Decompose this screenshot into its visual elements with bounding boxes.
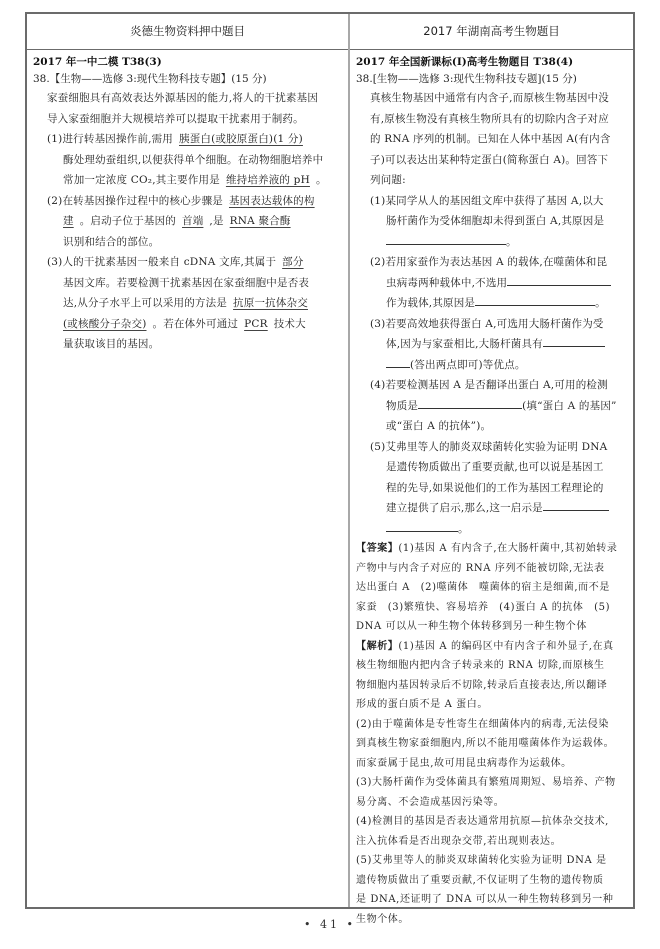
comparison-table: 炎德生物资料押中题目 2017 年湖南高考生物题目 2017 年一中二模 T38… [25, 12, 635, 909]
left-question-head: 38.【生物——选修 3:现代生物科技专题】(15 分) [33, 70, 342, 88]
right-source-label: 2017 年全国新课标(Ⅰ)高考生物题目 T38(4) [356, 54, 627, 70]
left-q3-line: (3)人的干扰素基因一般来自 cDNA 文库,其属于部分 [33, 252, 342, 273]
text: 。若在体外可通过 [153, 318, 239, 330]
right-stem-line: 的 RNA 序列的机制。已知在人体中基因 A(有内含 [356, 129, 627, 150]
answer-line: 【答案】(1)基因 A 有内含子,在大肠杆菌中,其初始转录 [356, 539, 627, 559]
analysis-line: 形成的蛋白质不是 A 蛋白。 [356, 695, 627, 715]
left-q3-line: 基因文库。若要检测干扰素基因在家蚕细胞中是否表 [33, 273, 342, 294]
right-q5-line: 程的先导,如果说他们的工作为基因工程理论的 [356, 478, 627, 499]
answer-line: 家蚕 (3)繁殖快、容易培养 (4)蛋白 A 的抗体 (5) [356, 598, 627, 618]
right-q3-line: (3)若要高效地获得蛋白 A,可选用大肠杆菌作为受 [356, 314, 627, 335]
analysis-block: 【解析】(1)基因 A 的编码区中有内含子和外显子,在真 核生物细胞内把内含子转… [356, 637, 627, 930]
right-q2-line: 作为载体,其原因是。 [356, 293, 627, 314]
header-left-title: 炎德生物资料押中题目 [27, 14, 348, 48]
answer-blank [507, 273, 611, 286]
answer-fill: RNA 聚合酶 [224, 215, 297, 227]
right-q3-line: 体,因为与家蚕相比,大肠杆菌具有 [356, 334, 627, 355]
text: ,是 [209, 215, 223, 227]
left-stem-line: 导入家蚕细胞并大规模培养可以提取干扰素用于制药。 [33, 109, 342, 130]
right-question-head: 38.[生物——选修 3:现代生物科技专题](15 分) [356, 70, 627, 88]
answer-fill: (或核酸分子杂交) [63, 318, 153, 330]
text: (1)基因 A 有内含子,在大肠杆菌中,其初始转录 [398, 543, 617, 554]
right-q1-line: 肠杆菌作为受体细胞却未得到蛋白 A,其原因是 [356, 211, 627, 232]
analysis-line: 【解析】(1)基因 A 的编码区中有内含子和外显子,在真 [356, 637, 627, 657]
page-number: • 41 • [0, 918, 660, 931]
answer-block: 【答案】(1)基因 A 有内含子,在大肠杆菌中,其初始转录 产物中与内含子对应的… [356, 539, 627, 637]
right-q2-line: (2)若用家蚕作为表达基因 A 的载体,在噬菌体和昆 [356, 252, 627, 273]
analysis-line: 到真核生物家蚕细胞内,所以不能用噬菌体作为运载体。 [356, 734, 627, 754]
analysis-line: 物细胞内基因转录后不切除,转录后直接表达,所以翻译 [356, 676, 627, 696]
text: 体,因为与家蚕相比,大肠杆菌具有 [386, 338, 543, 350]
text: 物质是 [386, 400, 418, 412]
answer-fill: 建 [63, 215, 80, 227]
text: (填“蛋白 A 的基因” [522, 400, 617, 412]
answer-fill: 维持培养液的 pH [220, 174, 316, 186]
answer-fill: PCR [238, 318, 274, 330]
answer-blank [543, 498, 609, 511]
answer-line: DNA 可以从一种生物个体转移到另一种生物个体 [356, 617, 627, 637]
analysis-line: 注入抗体看是否出现杂交带,若出现则表达。 [356, 832, 627, 852]
header-right-title: 2017 年湖南高考生物题目 [350, 14, 633, 48]
text: 。 [316, 174, 327, 186]
answer-blank [386, 355, 410, 368]
analysis-line: (5)艾弗里等人的肺炎双球菌转化实验为证明 DNA 是 [356, 851, 627, 871]
text: 常加一定浓度 CO₂,其主要作用是 [63, 174, 220, 186]
left-source-label: 2017 年一中二模 T38(3) [33, 54, 342, 70]
table-header-row: 炎德生物资料押中题目 2017 年湖南高考生物题目 [27, 14, 633, 50]
analysis-line: 核生物细胞内把内含子转录来的 RNA 切除,而原核生 [356, 656, 627, 676]
right-q5-line: 是遗传物质做出了重要贡献,也可以说是基因工 [356, 457, 627, 478]
right-column: 2017 年全国新课标(Ⅰ)高考生物题目 T38(4) 38.[生物——选修 3… [350, 50, 633, 907]
left-q3-line: 达,从分子水平上可以采用的方法是抗原一抗体杂交 [33, 293, 342, 314]
analysis-line: (3)大肠杆菌作为受体菌具有繁殖周期短、易培养、产物 [356, 773, 627, 793]
left-stem-line: 家蚕细胞具有高效表达外源基因的能力,将人的干扰素基因 [33, 88, 342, 109]
answer-line: 产物中与内含子对应的 RNA 序列不能被切除,无法表 [356, 559, 627, 579]
left-q1-line: 酶处理幼蚕组织,以便获得单个细胞。在动物细胞培养中 [33, 150, 342, 171]
analysis-line: (4)检测目的基因是否表达通常用抗原—抗体杂交技术, [356, 812, 627, 832]
analysis-line: 遗传物质做出了重要贡献,不仅证明了生物的遗传物质 [356, 871, 627, 891]
answer-blank [386, 519, 458, 532]
left-column: 2017 年一中二模 T38(3) 38.【生物——选修 3:现代生物科技专题】… [27, 50, 348, 907]
right-q1-line: (1)某同学从人的基因组文库中获得了基因 A,以大 [356, 191, 627, 212]
analysis-line: 易分离、不会造成基因污染等。 [356, 793, 627, 813]
right-q3-line: (答出两点即可)等优点。 [356, 355, 627, 376]
left-q1-line: (1)进行转基因操作前,需用胰蛋白(或胶原蛋白)(1 分) [33, 129, 342, 150]
left-q2-line: (2)在转基因操作过程中的核心步骤是基因表达载体的构 [33, 191, 342, 212]
left-q3-line: 量获取该目的基因。 [33, 334, 342, 355]
text: 作为载体,其原因是 [386, 297, 475, 309]
right-stem-line: 子)可以表达出某种特定蛋白(简称蛋白 A)。回答下 [356, 150, 627, 171]
text: 。 [595, 297, 606, 309]
right-stem-line: 有,原核生物没有真核生物所具有的切除内含子对应 [356, 109, 627, 130]
left-q2-line: 识别和结合的部位。 [33, 232, 342, 253]
analysis-line: 而家蚕属于昆虫,故可用昆虫病毒作为运载体。 [356, 754, 627, 774]
answer-tag: 【答案】 [356, 543, 398, 554]
text: 虫病毒两种载体中,不选用 [386, 277, 507, 289]
right-stem-line: 列问题: [356, 170, 627, 191]
text: 。 [506, 236, 517, 248]
answer-fill: 抗原一抗体杂交 [227, 297, 314, 309]
right-q5-line: 建立提供了启示,那么,这一启示是 [356, 498, 627, 519]
text: (答出两点即可)等优点。 [410, 359, 526, 371]
text: 达,从分子水平上可以采用的方法是 [63, 297, 227, 309]
left-q1-line: 常加一定浓度 CO₂,其主要作用是维持培养液的 pH。 [33, 170, 342, 191]
right-q1-line: 。 [356, 232, 627, 253]
text: 。启动子位于基因的 [80, 215, 176, 227]
answer-fill: 部分 [276, 256, 309, 268]
right-q4-line: 物质是(填“蛋白 A 的基因” [356, 396, 627, 417]
text: (2)在转基因操作过程中的核心步骤是 [47, 195, 223, 207]
right-q4-line: (4)若要检测基因 A 是否翻译出蛋白 A,可用的检测 [356, 375, 627, 396]
text: 建立提供了启示,那么,这一启示是 [386, 502, 543, 514]
answer-blank [418, 396, 522, 409]
answer-fill: 基因表达载体的构 [223, 195, 321, 207]
answer-blank [475, 293, 595, 306]
right-q5-line: 。 [356, 519, 627, 540]
right-q2-line: 虫病毒两种载体中,不选用 [356, 273, 627, 294]
analysis-tag: 【解析】 [356, 641, 398, 652]
answer-blank [386, 232, 506, 245]
left-q2-line: 建。启动子位于基因的首端,是RNA 聚合酶 [33, 211, 342, 232]
answer-fill: 胰蛋白(或胶原蛋白)(1 分) [173, 133, 309, 145]
text: (3)人的干扰素基因一般来自 cDNA 文库,其属于 [47, 256, 276, 268]
answer-line: 达出蛋白 A (2)噬菌体 噬菌体的宿主是细菌,而不是 [356, 578, 627, 598]
text: (1)基因 A 的编码区中有内含子和外显子,在真 [398, 641, 613, 652]
analysis-line: (2)由于噬菌体是专性寄生在细菌体内的病毒,无法侵染 [356, 715, 627, 735]
answer-blank [543, 334, 605, 347]
text: 技术大 [274, 318, 306, 330]
left-q3-line: (或核酸分子杂交)。若在体外可通过PCR技术大 [33, 314, 342, 335]
text: (1)进行转基因操作前,需用 [47, 133, 173, 145]
right-q4-line: 或“蛋白 A 的抗体”)。 [356, 416, 627, 437]
right-stem-line: 真核生物基因中通常有内含子,而原核生物基因中没 [356, 88, 627, 109]
analysis-line: 是 DNA,还证明了 DNA 可以从一种生物转移到另一种 [356, 890, 627, 910]
answer-fill: 首端 [176, 215, 209, 227]
right-q5-line: (5)艾弗里等人的肺炎双球菌转化实验为证明 DNA [356, 437, 627, 458]
text: 。 [458, 523, 469, 535]
